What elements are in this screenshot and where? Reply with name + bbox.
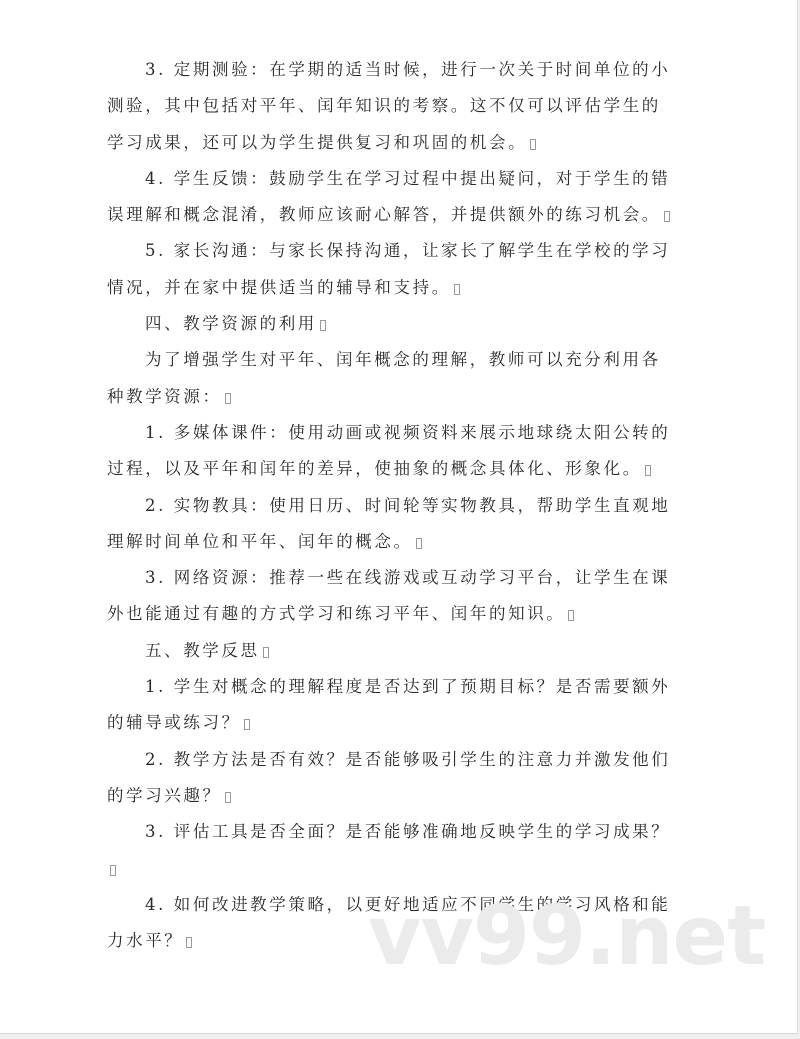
paragraph-resources-intro: 为了增强学生对平年、闰年概念的理解，教师可以充分利用各种教学资源： (107, 342, 677, 415)
paragraph-student-feedback: 4. 学生反馈：鼓励学生在学习过程中提出疑问，对于学生的错误理解和概念混淆，教师… (107, 161, 677, 234)
paragraph-text: 1. 多媒体课件：使用动画或视频资料来展示地球绕太阳公转的过程，以及平年和闰年的… (107, 423, 670, 478)
paragraph-mark-icon (320, 320, 326, 331)
paragraph-text: 3. 定期测验：在学期的适当时候，进行一次关于时间单位的小测验，其中包括对平年、… (107, 60, 670, 152)
paragraph-mark-icon (186, 937, 192, 948)
paragraph-text: 1. 学生对概念的理解程度是否达到了预期目标？是否需要额外的辅导或练习？ (107, 677, 670, 732)
paragraph-mark-icon (530, 139, 536, 150)
paragraph-text: 5. 家长沟通：与家长保持沟通，让家长了解学生在学校的学习情况，并在家中提供适当… (107, 241, 670, 296)
paragraph-regular-quiz: 3. 定期测验：在学期的适当时候，进行一次关于时间单位的小测验，其中包括对平年、… (107, 52, 677, 161)
paragraph-reflection-2: 2. 教学方法是否有效？是否能够吸引学生的注意力并激发他们的学习兴趣？ (107, 742, 677, 815)
paragraph-physical-aids: 2. 实物教具：使用日历、时间轮等实物教具，帮助学生直观地理解时间单位和平年、闰… (107, 488, 677, 561)
paragraph-mark-icon (454, 284, 460, 295)
paragraph-mark-icon (263, 647, 269, 658)
paragraph-reflection-1: 1. 学生对概念的理解程度是否达到了预期目标？是否需要额外的辅导或练习？ (107, 669, 677, 742)
paragraph-mark-icon (416, 538, 422, 549)
section-heading-teaching-reflection: 五、教学反思 (107, 633, 677, 669)
paragraph-mark-icon (645, 465, 651, 476)
paragraph-text: 4. 学生反馈：鼓励学生在学习过程中提出疑问，对于学生的错误理解和概念混淆，教师… (107, 169, 670, 224)
paragraph-text: 为了增强学生对平年、闰年概念的理解，教师可以充分利用各种教学资源： (107, 350, 661, 405)
paragraph-text: 2. 实物教具：使用日历、时间轮等实物教具，帮助学生直观地理解时间单位和平年、闰… (107, 496, 670, 551)
document-page: 3. 定期测验：在学期的适当时候，进行一次关于时间单位的小测验，其中包括对平年、… (0, 0, 798, 1034)
paragraph-multimedia: 1. 多媒体课件：使用动画或视频资料来展示地球绕太阳公转的过程，以及平年和闰年的… (107, 415, 677, 488)
paragraph-text: 2. 教学方法是否有效？是否能够吸引学生的注意力并激发他们的学习兴趣？ (107, 750, 670, 805)
heading-text: 五、教学反思 (145, 641, 260, 660)
paragraph-mark-icon (568, 610, 574, 621)
paragraph-online-resources: 3. 网络资源：推荐一些在线游戏或互动学习平台，让学生在课外也能通过有趣的方式学… (107, 560, 677, 633)
paragraph-mark-icon (225, 393, 231, 404)
document-body: 3. 定期测验：在学期的适当时候，进行一次关于时间单位的小测验，其中包括对平年、… (107, 52, 677, 959)
paragraph-mark-icon (664, 211, 670, 222)
paragraph-reflection-3: 3. 评估工具是否全面？是否能够准确地反映学生的学习成果？ (107, 814, 677, 887)
section-heading-teaching-resources: 四、教学资源的利用 (107, 306, 677, 342)
paragraph-mark-icon (110, 865, 116, 876)
watermark: vv99.net (368, 896, 765, 978)
paragraph-mark-icon (244, 719, 250, 730)
paragraph-mark-icon (225, 792, 231, 803)
paragraph-text: 3. 网络资源：推荐一些在线游戏或互动学习平台，让学生在课外也能通过有趣的方式学… (107, 568, 670, 623)
heading-text: 四、教学资源的利用 (145, 314, 317, 333)
paragraph-parent-communication: 5. 家长沟通：与家长保持沟通，让家长了解学生在学校的学习情况，并在家中提供适当… (107, 233, 677, 306)
paragraph-text: 3. 评估工具是否全面？是否能够准确地反映学生的学习成果？ (145, 822, 670, 841)
